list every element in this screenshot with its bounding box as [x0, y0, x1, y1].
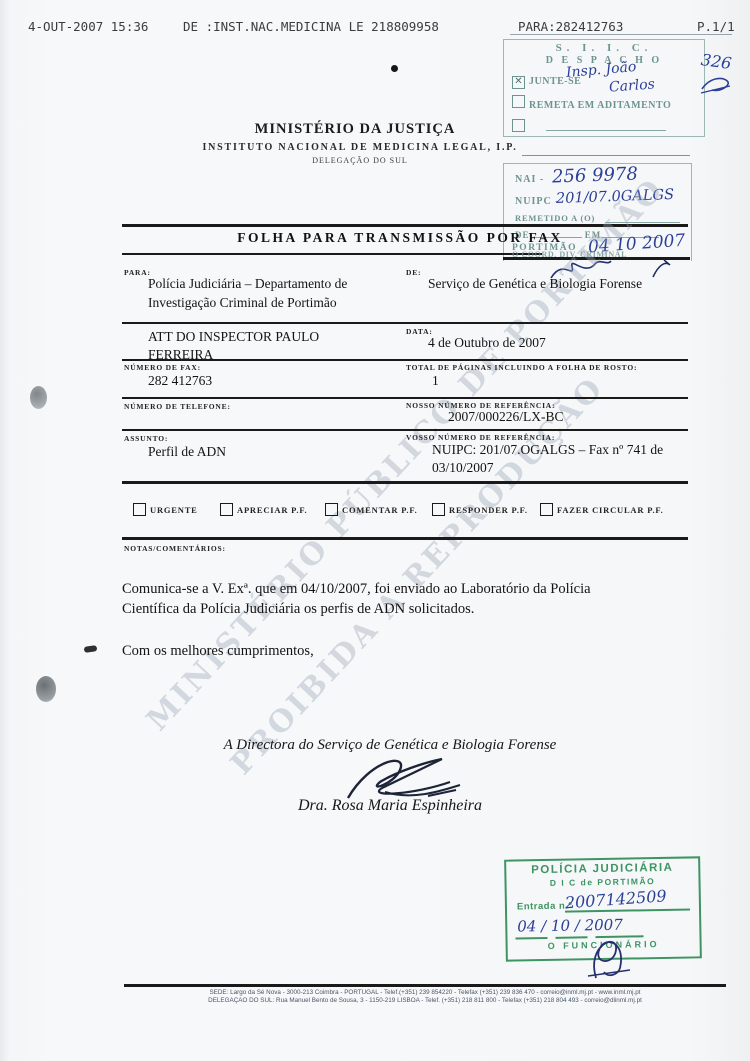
fax-form-title: FOLHA PARA TRANSMISSÃO POR FAX [150, 230, 650, 246]
signer-name: Dra. Rosa Maria Espinheira [170, 797, 610, 815]
scanned-fax-page: 4-OUT-2007 15:36 DE :INST.NAC.MEDICINA L… [0, 0, 750, 1061]
form-line-6 [122, 481, 688, 484]
fax-header-from: DE :INST.NAC.MEDICINA LE 218809958 [183, 19, 439, 34]
your-ref-value-2: 03/10/2007 [432, 460, 494, 476]
nai-label: NAI - [515, 174, 544, 185]
subject-value: Perfil de ADN [148, 444, 226, 460]
ink-dot-artifact [391, 65, 398, 72]
smudge-artifact [84, 645, 98, 653]
checked-checkbox-icon: ✕ [512, 76, 525, 89]
title-underline [122, 253, 542, 255]
empty-checkbox-icon [512, 95, 525, 108]
fax-header-page: P.1/1 [697, 19, 735, 34]
checkbox-urgente: URGENTE [133, 500, 198, 518]
your-ref-label: VOSSO NÚMERO DE REFERÊNCIA: [406, 433, 555, 442]
hole-punch-artifact-2 [36, 676, 56, 702]
para-value-2: Investigação Criminal de Portimão [148, 295, 337, 311]
fax-header-to: PARA:282412763 [518, 19, 623, 34]
date-underline-day [515, 937, 547, 939]
data-value: 4 de Outubro de 2007 [428, 335, 546, 351]
checkbox-fazer-circular: FAZER CIRCULAR P.F. [540, 500, 664, 518]
fax-header-underline [510, 34, 732, 35]
handwritten-nai-value: 256 9978 [552, 164, 639, 188]
handwritten-corner-number: 326 [700, 50, 733, 73]
siic-despacho-stamp: S. I. I. C. D E S P A C H O ✕ JUNTE-SE R… [503, 39, 705, 137]
checkbox-label: URGENTE [150, 505, 198, 515]
checkbox-label: APRECIAR P.F. [237, 505, 307, 515]
nuipc-label: NUIPC - [515, 196, 560, 207]
notes-label: NOTAS/COMENTÁRIOS: [124, 544, 226, 553]
checkbox-label: RESPONDER P.F. [449, 505, 528, 515]
total-pages-value: 1 [432, 373, 439, 389]
our-ref-value: 2007/000226/LX-BC [448, 409, 564, 425]
remetido-label: REMETIDO A (O) [515, 213, 595, 223]
checkbox-icon [432, 503, 445, 516]
footer-line [124, 984, 726, 987]
checkbox-responder: RESPONDER P.F. [432, 500, 528, 518]
att-line-2: FERREIRA [148, 347, 213, 363]
phone-number-label: NÚMERO DE TELEFONE: [124, 402, 231, 411]
ministry-title: MINISTÉRIO DA JUSTIÇA [210, 121, 500, 138]
de-field-value: Serviço de Genética e Biologia Forense [428, 276, 642, 292]
siic-option-label: REMETA EM ADITAMENTO [529, 100, 671, 111]
footer-text-2: DELEGAÇÃO DO SUL: Rua Manuel Bento de So… [124, 997, 726, 1004]
checkbox-icon [220, 503, 233, 516]
para-value-1: Polícia Judiciária – Departamento de [148, 276, 347, 292]
checkbox-comentar: COMENTAR P.F. [325, 500, 418, 518]
para-label: PARA: [124, 268, 151, 277]
att-line-1: ATT DO INSPECTOR PAULO [148, 329, 319, 345]
fax-number-label: NÚMERO DE FAX: [124, 363, 201, 372]
form-line-5 [122, 429, 688, 431]
handwritten-check-mark [650, 258, 674, 280]
hole-punch-artifact-1 [30, 386, 47, 409]
official-signature [578, 920, 638, 982]
body-line-1: Comunica-se a V. Exª. que em 04/10/2007,… [122, 581, 591, 598]
body-closing: Com os melhores cumprimentos, [122, 643, 314, 660]
siic-option-blank [512, 119, 525, 137]
checkbox-icon [540, 503, 553, 516]
checkbox-label: FAZER CIRCULAR P.F. [557, 505, 664, 515]
fax-header-datetime: 4-OUT-2007 15:36 [28, 19, 148, 34]
siic-title: S. I. I. C. [504, 42, 704, 54]
subject-label: ASSUNTO: [124, 434, 168, 443]
empty-checkbox-icon [512, 119, 525, 132]
form-line-2 [122, 322, 688, 324]
checkbox-icon [325, 503, 338, 516]
siic-option-remeta: REMETA EM ADITAMENTO [512, 95, 671, 113]
checkbox-label: COMENTAR P.F. [342, 505, 418, 515]
handwritten-paraph [700, 74, 734, 96]
siic-blank-line [546, 130, 666, 131]
entry-stamp-dept: D I C de PORTIMÃO [506, 875, 698, 888]
form-line-4 [122, 397, 688, 399]
your-ref-value-1: NUIPC: 201/07.OGALGS – Fax nº 741 de [432, 442, 663, 458]
checkbox-icon [133, 503, 146, 516]
footer-text-1: SEDE: Largo da Sé Nova - 3000-213 Coimbr… [124, 989, 726, 996]
institute-title: INSTITUTO NACIONAL DE MEDICINA LEGAL, I.… [130, 142, 590, 153]
checkbox-apreciar: APRECIAR P.F. [220, 500, 307, 518]
entry-stamp-org: POLÍCIA JUDICIÁRIA [506, 861, 698, 876]
total-pages-label: TOTAL DE PÁGINAS INCLUINDO A FOLHA DE RO… [406, 363, 637, 372]
handwritten-inspector-name-2: Carlos [608, 76, 655, 95]
de-field-label: DE: [406, 268, 421, 277]
fax-number-value: 282 412763 [148, 373, 212, 389]
form-line-7 [122, 537, 688, 540]
body-line-2: Científica da Polícia Judiciária os perf… [122, 601, 474, 618]
